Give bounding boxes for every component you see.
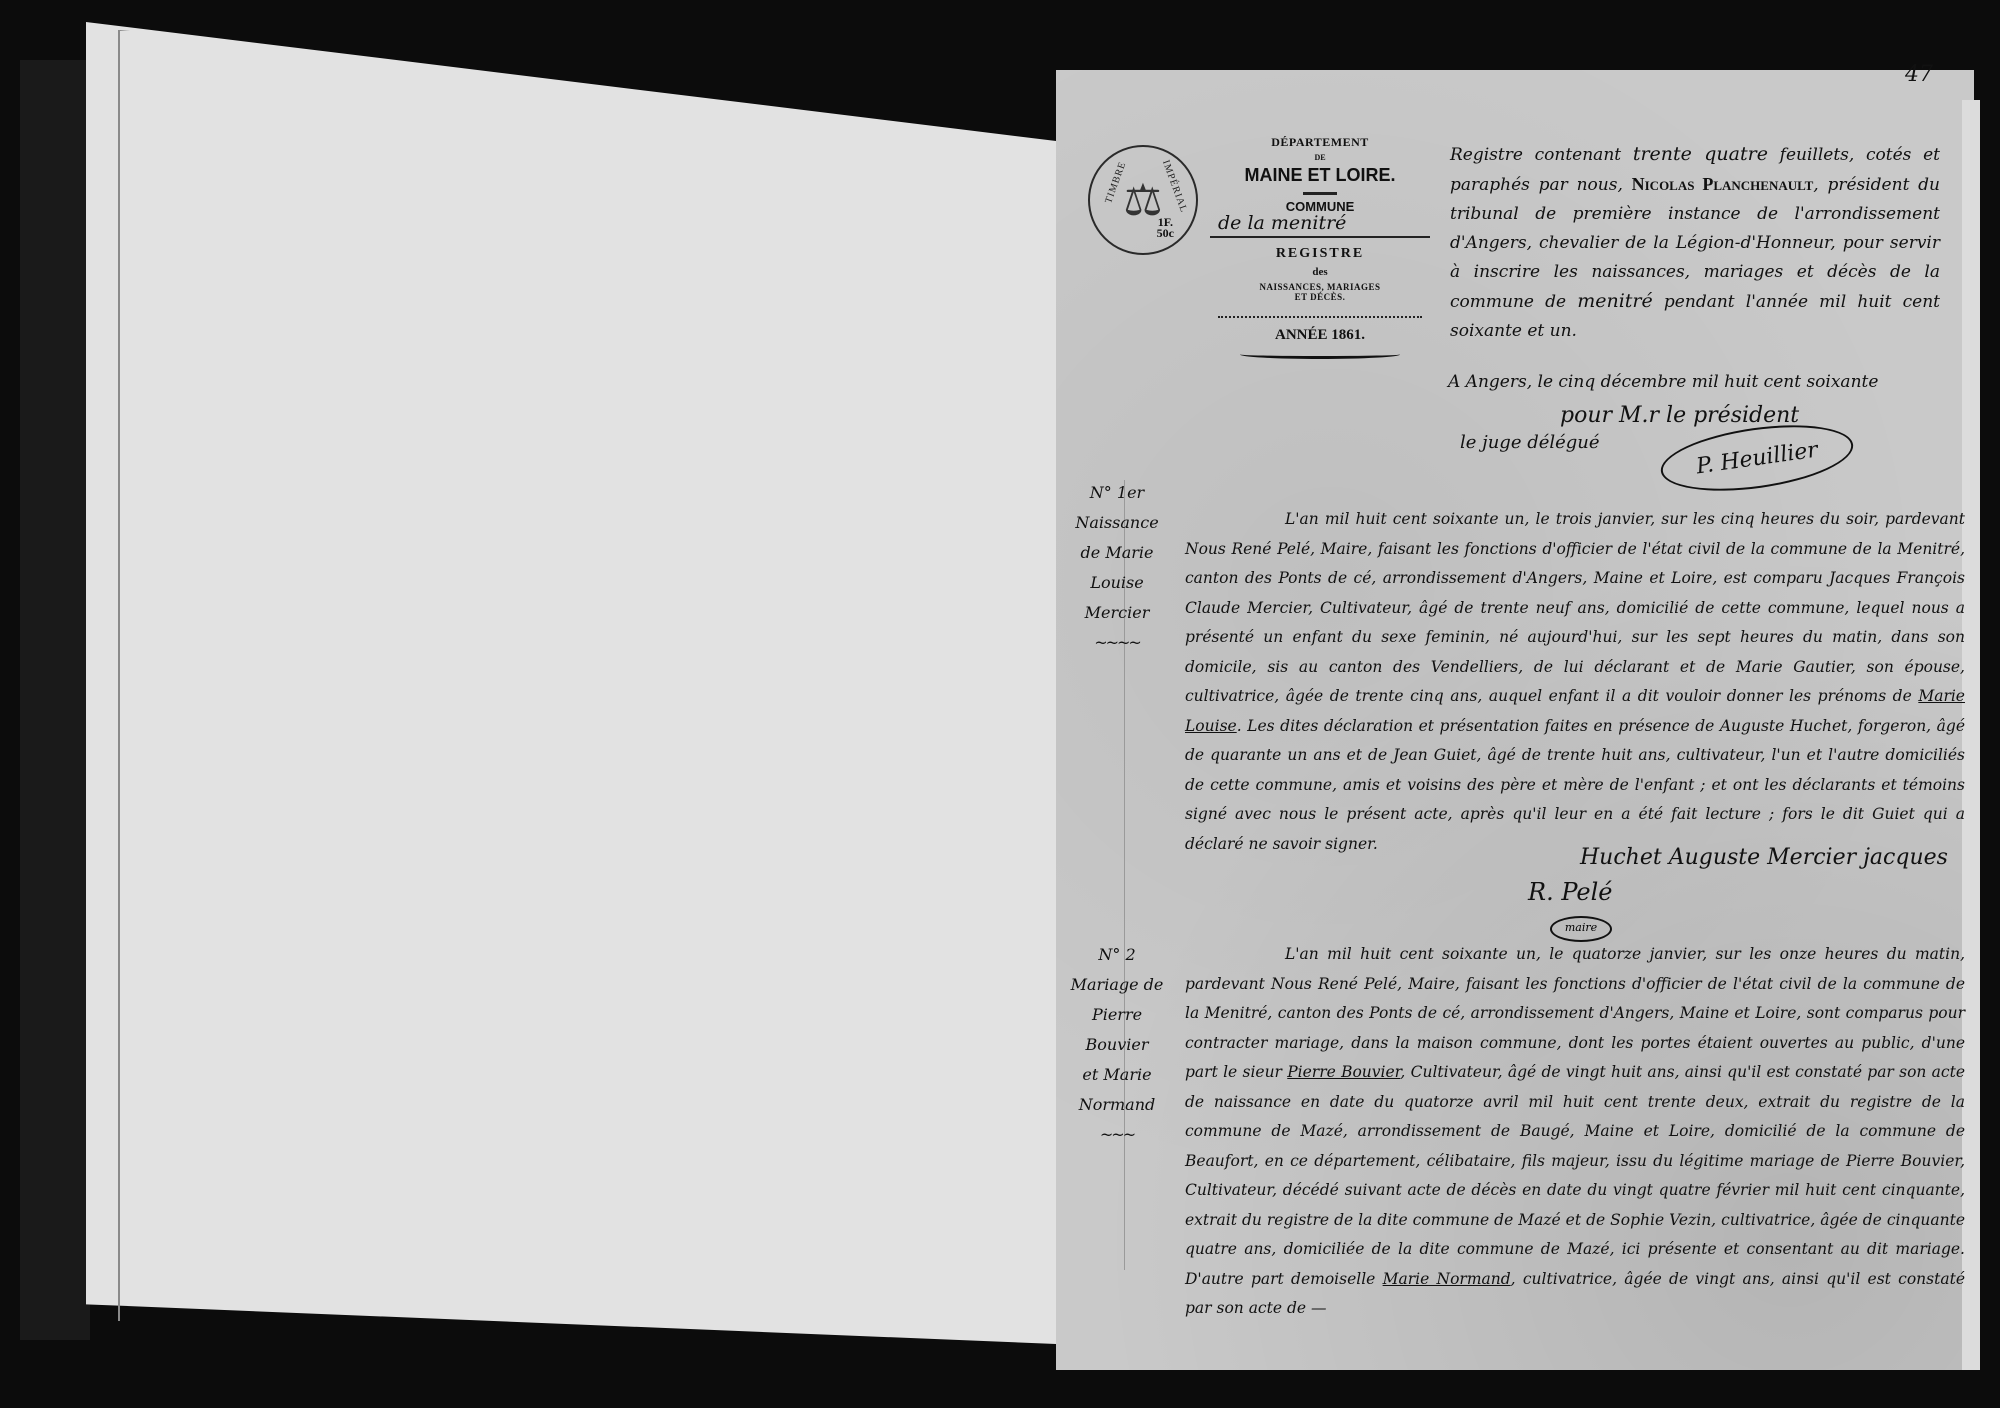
imperial-stamp-icon: TIMBRE ⚖ IMPÉRIAL 1F. 50c	[1088, 145, 1198, 255]
register-intro-paragraph: Registre contenant trente quatre feuille…	[1450, 140, 1940, 346]
commune-name-handwritten: de la menitré	[1210, 212, 1430, 234]
judge-delegate-label: le juge délégué	[1460, 432, 1600, 453]
department-name: MAINE ET LOIRE.	[1210, 165, 1430, 186]
margin-flourish: ~~~	[1068, 1120, 1166, 1150]
margin-flourish: ~~~~	[1068, 628, 1166, 658]
header-separator	[1303, 192, 1337, 195]
entry-number: N° 1er	[1068, 478, 1166, 508]
groom-name: Pierre Bouvier	[1287, 1063, 1400, 1081]
wavy-rule	[1218, 316, 1422, 321]
bride-name: Marie Normand	[1383, 1270, 1511, 1288]
stamp-price: 1F. 50c	[1157, 217, 1174, 239]
entry-1-margin-note: N° 1er Naissance de Marie Louise Mercier…	[1068, 478, 1166, 658]
president-name: Nicolas Planchenault	[1632, 174, 1814, 194]
departement-label: DÉPARTEMENT	[1210, 135, 1430, 150]
folio-number: 47	[1905, 62, 1933, 87]
entry-2-marriage-record: L'an mil huit cent soixante un, le quato…	[1185, 940, 1965, 1324]
president-attestation: pour M.r le président	[1560, 403, 1799, 428]
entry-1-witness-signatures: Huchet Auguste Mercier jacques	[1580, 845, 1948, 870]
register-types-line1: NAISSANCES, MARIAGES	[1210, 282, 1430, 292]
commune-handwritten: menitré	[1577, 290, 1653, 312]
brace-ornament	[1240, 350, 1400, 359]
stamp-right-text: IMPÉRIAL	[1160, 159, 1189, 215]
entry-number: N° 2	[1068, 940, 1166, 970]
left-page-border	[118, 30, 1054, 1321]
register-types-line2: ET DÉCÈS.	[1210, 292, 1430, 302]
entry-1-birth-record: L'an mil huit cent soixante un, le trois…	[1185, 505, 1965, 859]
place-date-line: A Angers, le cinq décembre mil huit cent…	[1448, 372, 1878, 392]
mayor-signature: R. Pelé	[1528, 878, 1612, 906]
de-label: DE	[1210, 153, 1430, 162]
mayor-label: maire	[1550, 916, 1612, 942]
des-label: des	[1210, 266, 1430, 278]
register-header: DÉPARTEMENT DE MAINE ET LOIRE. COMMUNE d…	[1210, 135, 1430, 359]
register-year: ANNÉE 1861.	[1210, 327, 1430, 344]
feuillets-count-handwritten: trente quatre	[1633, 143, 1768, 165]
book-spine-edge	[20, 60, 90, 1340]
registre-title: REGISTRE	[1210, 246, 1430, 262]
header-rule	[1210, 236, 1430, 238]
entry-2-margin-note: N° 2 Mariage de Pierre Bouvier et Marie …	[1068, 940, 1166, 1150]
